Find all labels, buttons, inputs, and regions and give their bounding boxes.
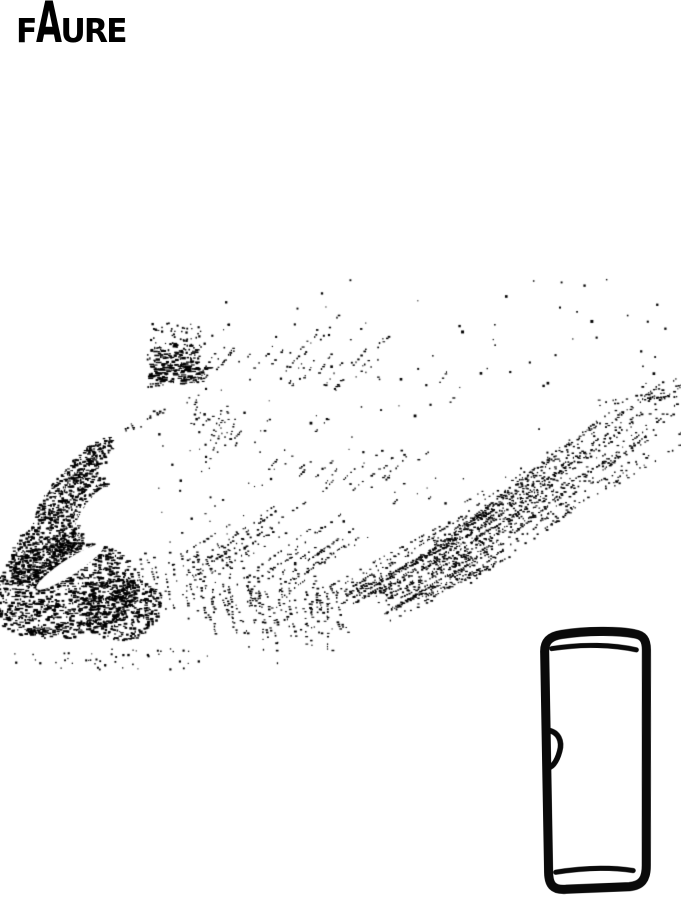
manual-cover-page: FAURE [0,0,681,897]
fridge-freezer-divider-line [552,645,637,651]
logo-letter-r: R [84,11,106,50]
faure-logo: FAURE [16,0,126,61]
fridge-bottom-line [556,868,634,872]
fridge-outline [544,631,648,890]
logo-letter-e: E [106,11,126,50]
logo-letter-f: F [16,11,36,50]
logo-letter-u: U [60,11,84,50]
logo-letter-a: A [36,0,61,53]
refrigerator-icon [537,621,661,894]
halftone-product-photo [0,260,681,675]
